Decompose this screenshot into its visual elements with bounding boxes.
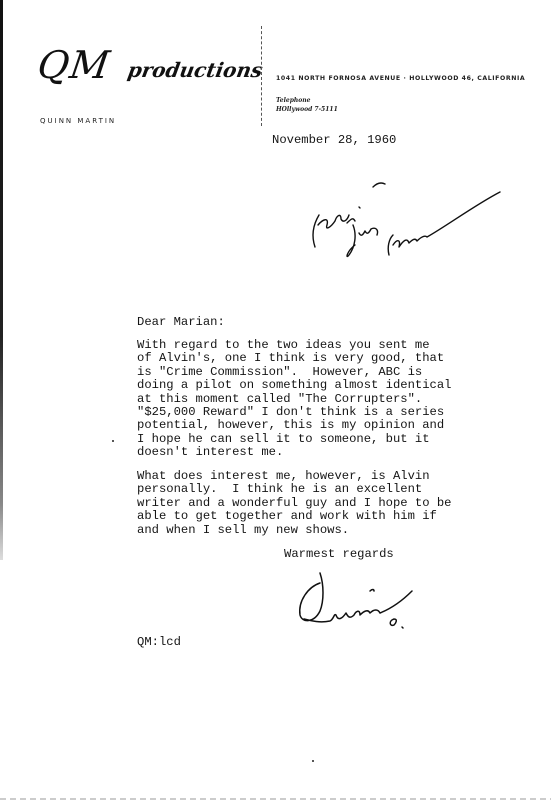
body-paragraph-2: What does interest me, however, is Alvin…	[137, 470, 452, 537]
salutation: Dear Marian:	[137, 316, 225, 329]
signature: Quinn	[290, 565, 440, 635]
telephone-label: Telephone	[276, 97, 310, 104]
letter-date: November 28, 1960	[272, 134, 396, 147]
owner-name: QUINN MARTIN	[40, 117, 116, 125]
scan-speck	[112, 440, 114, 442]
body-paragraph-1: With regard to the two ideas you sent me…	[137, 339, 452, 460]
telephone-number: HOllywood 7-5111	[276, 106, 338, 113]
logo-wordmark: productions	[126, 60, 264, 80]
company-address: 1041 NORTH FORNOSA AVENUE · HOLLYWOOD 46…	[276, 75, 525, 82]
logo-initials: QM	[35, 46, 112, 84]
reference-initials: QM:lcd	[137, 636, 181, 649]
closing: Warmest regards	[284, 548, 394, 561]
scan-edge-shadow	[0, 0, 3, 560]
handwritten-note: Alvin — fine work	[285, 165, 535, 265]
scan-speck	[312, 760, 314, 762]
letterhead-divider	[261, 26, 262, 126]
